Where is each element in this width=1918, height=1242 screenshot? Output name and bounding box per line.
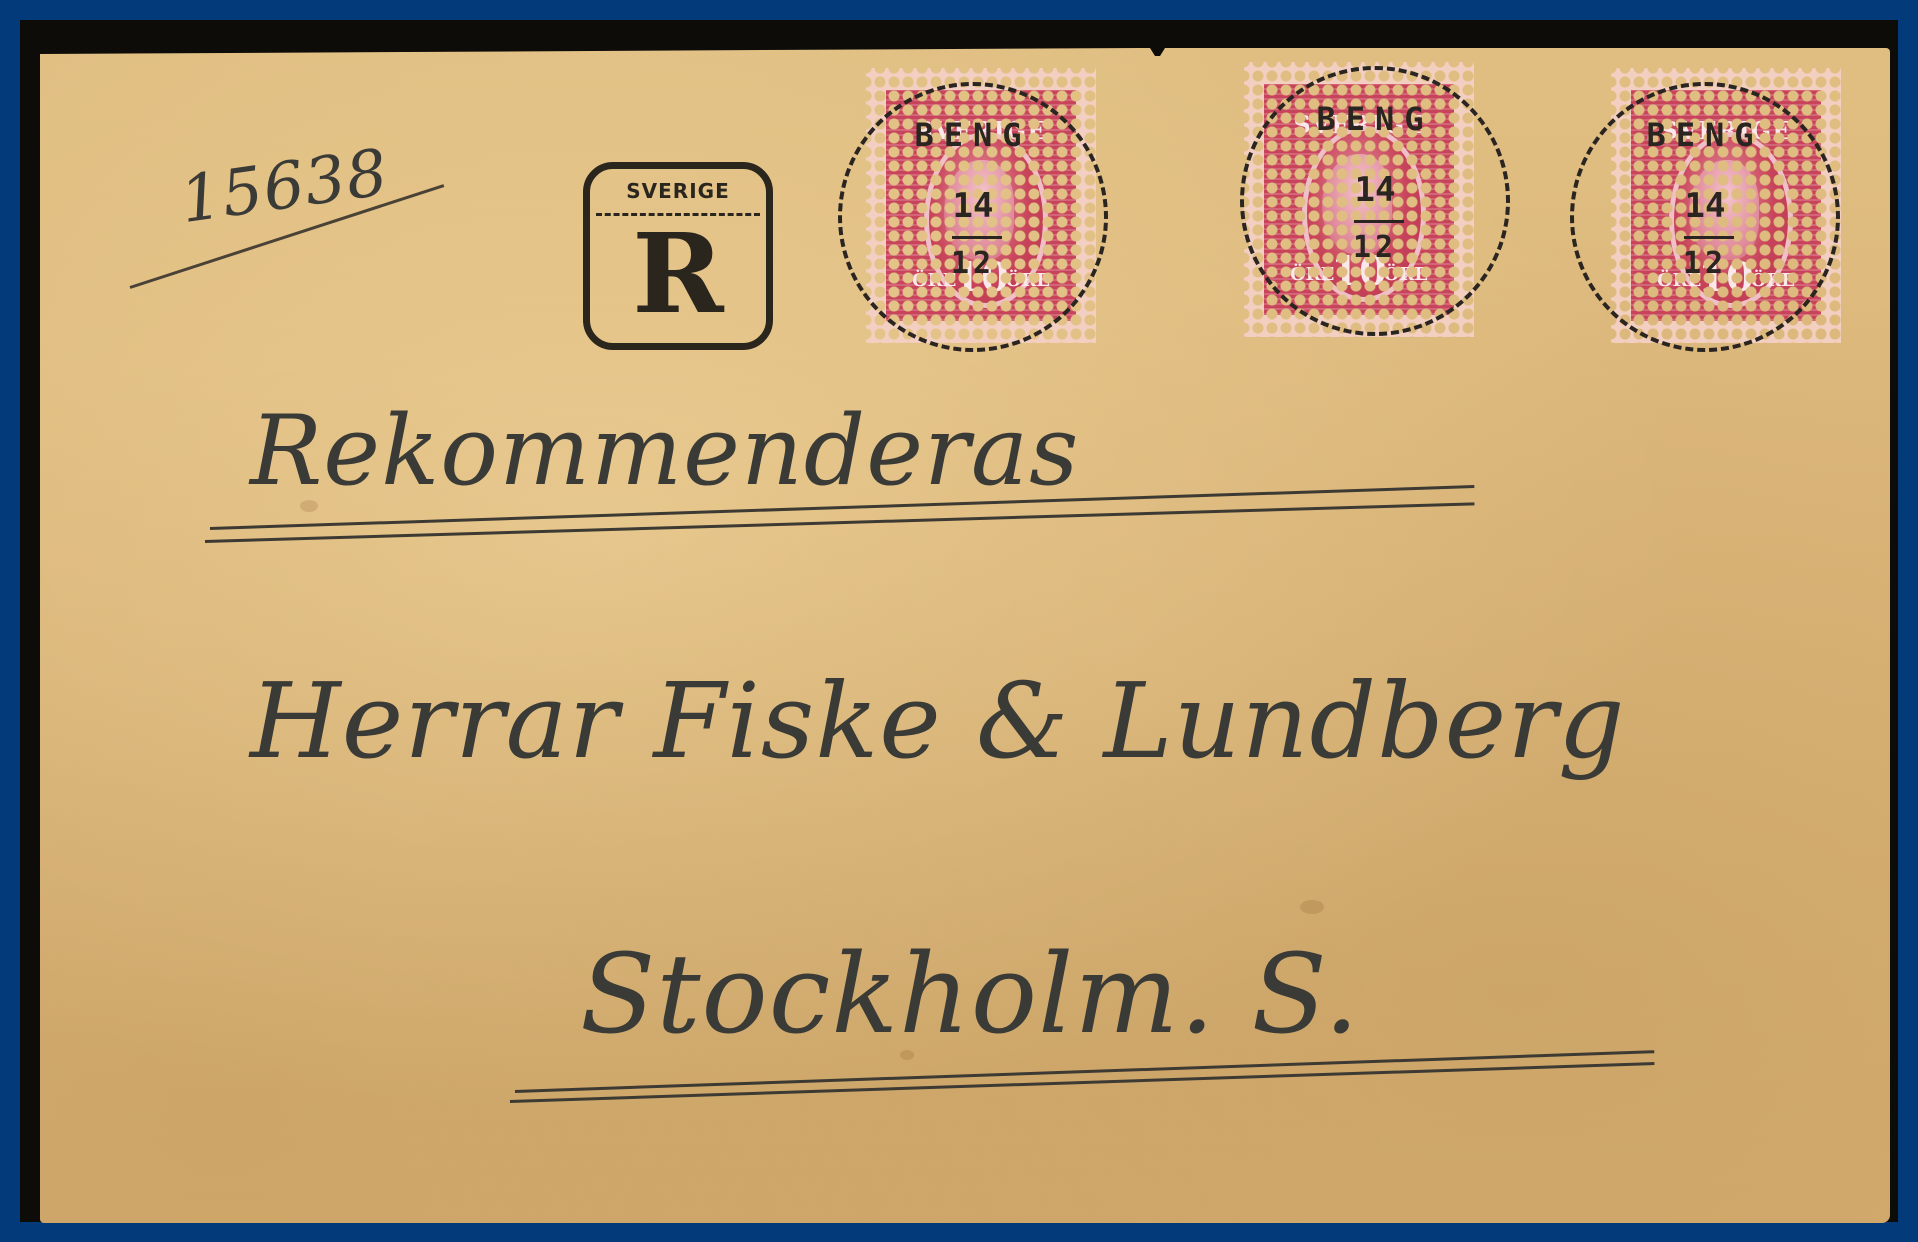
postmark-day: 14 <box>842 186 1104 226</box>
paper-stain <box>1300 900 1324 914</box>
postmark-town: BENG <box>1574 116 1836 154</box>
postmark-town: BENG <box>1244 100 1506 138</box>
postmark: BENG 14 12 <box>838 82 1108 352</box>
postmark-bar <box>1354 220 1404 223</box>
registration-label-country: SVERIGE <box>590 179 766 203</box>
postmark-bar <box>952 236 1002 239</box>
postmark-day: 14 <box>1574 186 1836 226</box>
postmark-town: BENG <box>842 116 1104 154</box>
postmark-day: 14 <box>1244 170 1506 210</box>
postmark-month: 12 <box>1574 246 1836 281</box>
postmark-month: 12 <box>842 246 1104 281</box>
handwritten-addressee: Herrar Fiske & Lundberg <box>250 660 1626 782</box>
registration-label-letter: R <box>590 219 766 329</box>
postmark-bar <box>1684 236 1734 239</box>
handwritten-instruction: Rekommenderas <box>250 395 1079 507</box>
postmark: BENG 14 12 <box>1570 82 1840 352</box>
registration-label: SVERIGE R <box>583 162 773 350</box>
postmark: BENG 14 12 <box>1240 66 1510 336</box>
postmark-month: 12 <box>1244 230 1506 265</box>
handwritten-city: Stockholm. S. <box>580 930 1360 1058</box>
